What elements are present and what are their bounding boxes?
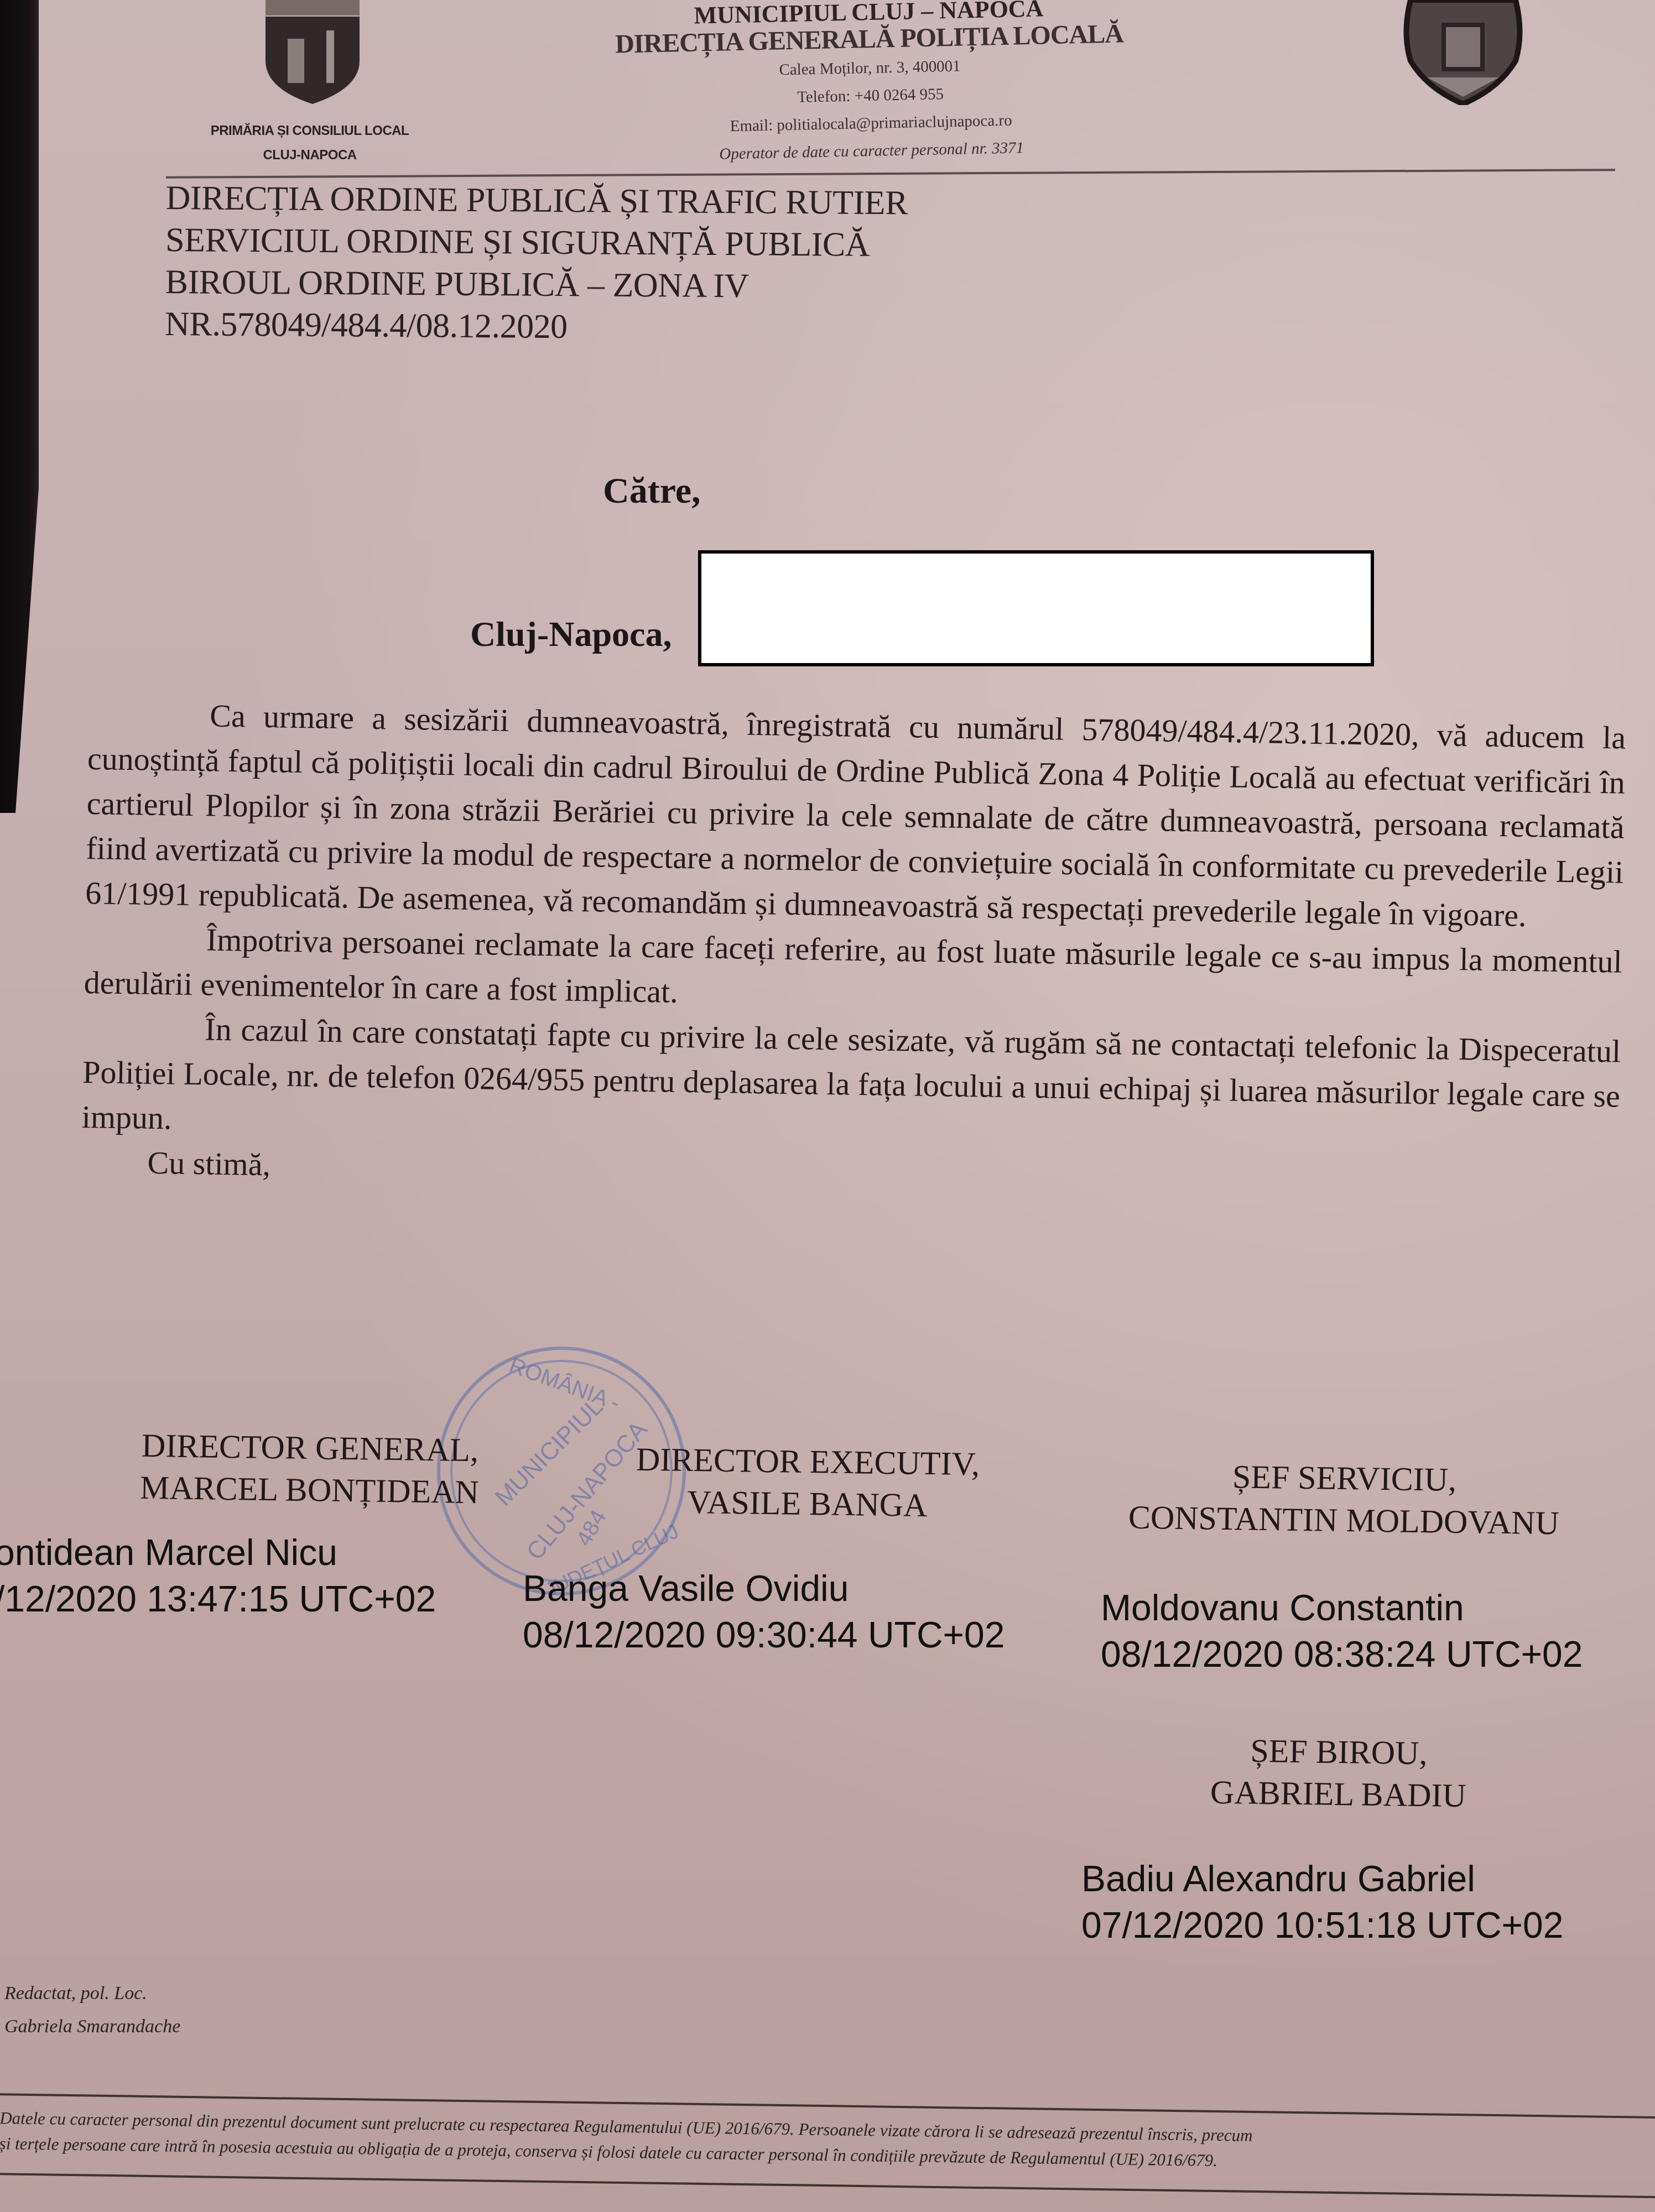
digital-signature-timestamp: 08/12/2020 08:38:24 UTC+02: [1101, 1631, 1583, 1677]
police-badge-icon: [1388, 0, 1538, 105]
digital-signature-sef-birou: Badiu Alexandru Gabriel 07/12/2020 10:51…: [1081, 1855, 1564, 1948]
signature-block-director-general: DIRECTOR GENERAL, MARCEL BONȚIDEAN: [105, 1424, 515, 1514]
desk-background-edge: [0, 0, 39, 813]
letterhead-center: MUNICIPIUL CLUJ – NAPOCA DIRECȚIA GENERA…: [564, 0, 1176, 171]
digital-signature-timestamp: 08/12/2020 09:30:44 UTC+02: [523, 1611, 1005, 1658]
letterhead-divider: [166, 169, 1615, 179]
digital-signer-name: Badiu Alexandru Gabriel: [1081, 1855, 1564, 1902]
signer-name: GABRIEL BADIU: [1139, 1770, 1538, 1818]
signer-name: VASILE BANGA: [586, 1479, 1029, 1527]
signer-role: ȘEF SERVICIU,: [1068, 1453, 1621, 1503]
department-line2: SERVICIUL ORDINE ȘI SIGURANȚĂ PUBLICĂ: [165, 219, 908, 266]
gdpr-notice-box: Datele cu caracter personal din prezentu…: [0, 2093, 1655, 2198]
digital-signer-name: ontidean Marcel Nicu: [0, 1529, 436, 1575]
letter-body: Ca urmare a sesizării dumneavoastră, înr…: [81, 691, 1626, 1208]
signer-name: CONSTANTIN MOLDOVANU: [1067, 1495, 1621, 1545]
department-line3: BIROUL ORDINE PUBLICĂ – ZONA IV: [165, 261, 907, 308]
stamp-outer-text: ROMÂNIA -: [506, 1353, 623, 1416]
city-coat-of-arms-icon: [254, 0, 371, 105]
city-hall-caption: PRIMĂRIA ȘI CONSILIUL LOCAL CLUJ-NAPOCA: [166, 119, 454, 168]
signer-role: DIRECTOR EXECUTIV,: [586, 1437, 1029, 1485]
digital-signature-director-executiv: Banga Vasile Ovidiu 08/12/2020 09:30:44 …: [523, 1565, 1005, 1658]
body-paragraph-1: Ca urmare a sesizării dumneavoastră, înr…: [85, 691, 1626, 940]
signer-name: MARCEL BONȚIDEAN: [105, 1466, 514, 1514]
drafted-by-line2: Gabriela Smarandache: [4, 2010, 180, 2043]
salutation: Către,: [603, 470, 701, 512]
city-hall-caption-line2: CLUJ-NAPOCA: [166, 143, 454, 168]
recipient-city: Cluj-Napoca,: [470, 614, 672, 655]
reference-number: NR.578049/484.4/08.12.2020: [165, 303, 907, 350]
signer-role: ȘEF BIROU,: [1139, 1728, 1538, 1776]
digital-signature-timestamp: /12/2020 13:47:15 UTC+02: [0, 1575, 436, 1622]
digital-signer-name: Moldovanu Constantin: [1101, 1584, 1583, 1631]
signature-block-sef-serviciu: ȘEF SERVICIU, CONSTANTIN MOLDOVANU: [1067, 1453, 1621, 1545]
drafted-by: Redactat, pol. Loc. Gabriela Smarandache: [4, 1977, 180, 2043]
digital-signer-name: Banga Vasile Ovidiu: [523, 1565, 1005, 1611]
digital-signature-sef-serviciu: Moldovanu Constantin 08/12/2020 08:38:24…: [1101, 1584, 1583, 1677]
digital-signature-director-general: ontidean Marcel Nicu /12/2020 13:47:15 U…: [0, 1529, 436, 1622]
signature-block-director-executiv: DIRECTOR EXECUTIV, VASILE BANGA: [586, 1437, 1029, 1527]
digital-signature-timestamp: 07/12/2020 10:51:18 UTC+02: [1081, 1902, 1564, 1948]
signature-block-sef-birou: ȘEF BIROU, GABRIEL BADIU: [1139, 1728, 1538, 1818]
gdpr-notice: Datele cu caracter personal din prezentu…: [0, 2105, 1655, 2179]
redacted-recipient-box: [698, 550, 1374, 666]
signer-role: DIRECTOR GENERAL,: [105, 1424, 515, 1472]
department-block: DIRECȚIA ORDINE PUBLICĂ ȘI TRAFIC RUTIER…: [165, 177, 908, 350]
drafted-by-line1: Redactat, pol. Loc.: [4, 1977, 180, 2010]
department-line1: DIRECȚIA ORDINE PUBLICĂ ȘI TRAFIC RUTIER: [165, 177, 908, 224]
body-paragraph-3: În cazul în care constatați fapte cu pri…: [81, 1005, 1621, 1164]
city-hall-caption-line1: PRIMĂRIA ȘI CONSILIUL LOCAL: [166, 119, 454, 143]
